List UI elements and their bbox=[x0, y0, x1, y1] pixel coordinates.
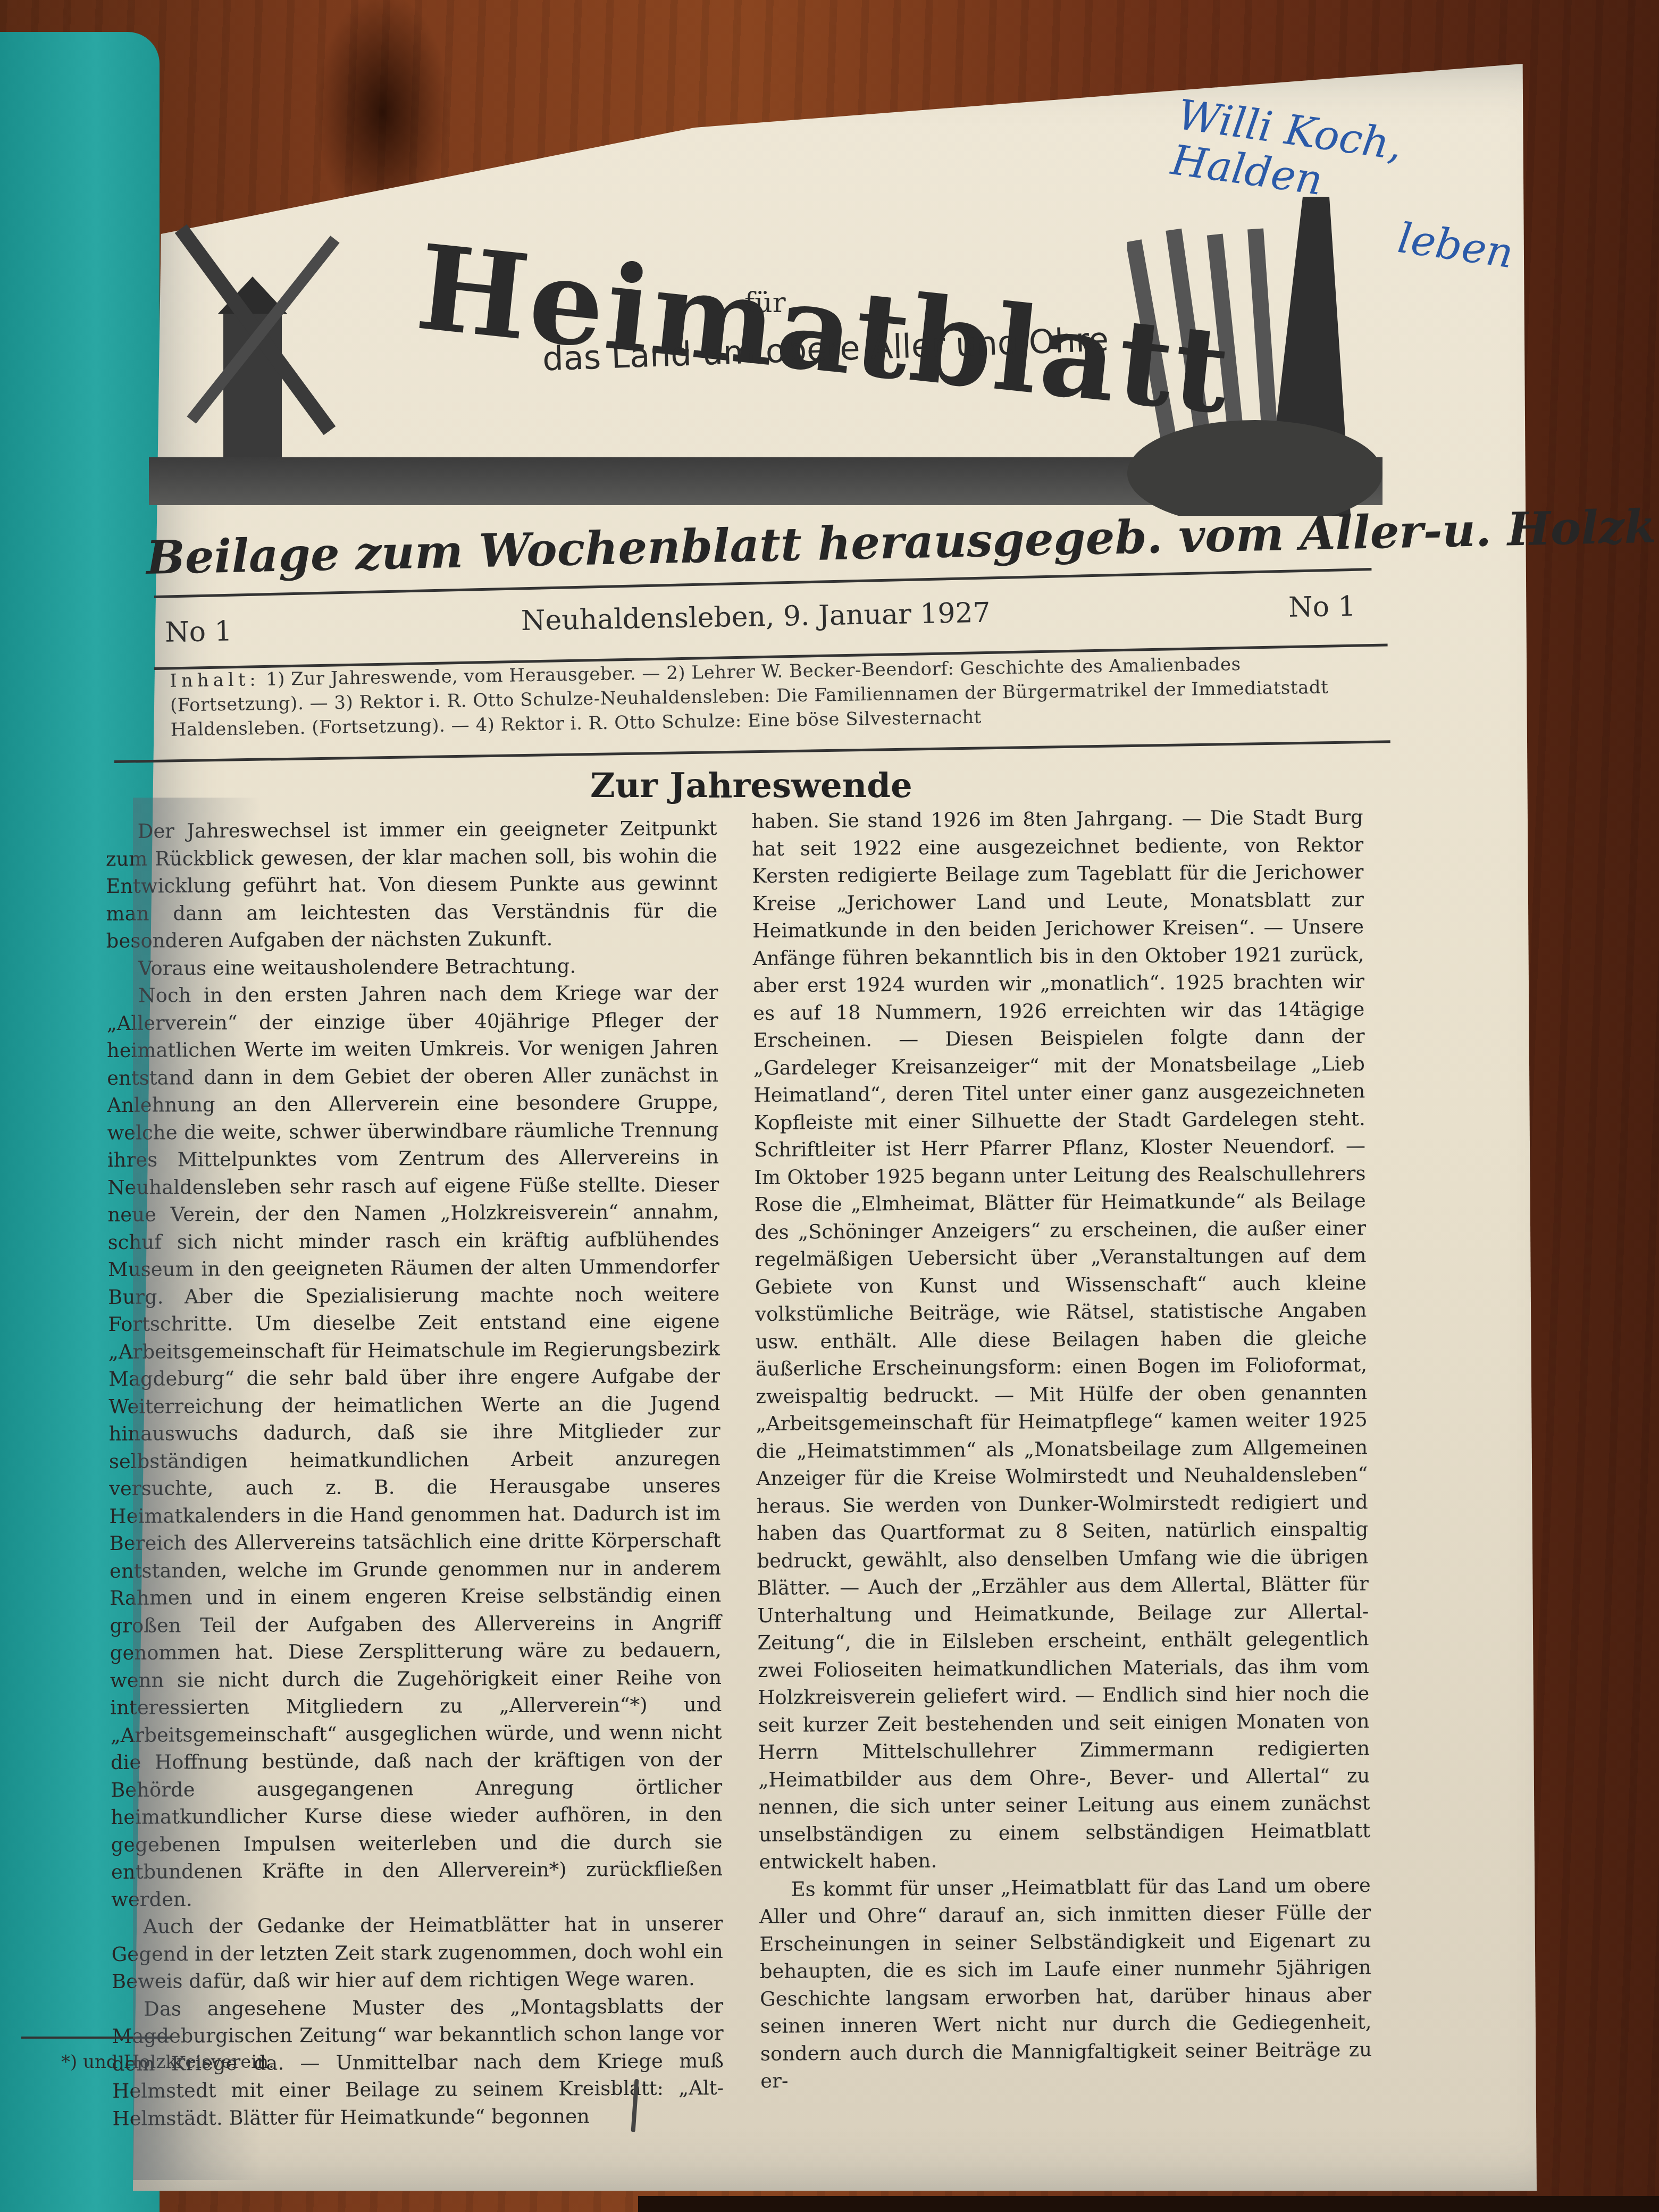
paragraph: Noch in den ersten Jahren nach dem Krieg… bbox=[106, 979, 723, 1913]
footnote-divider bbox=[21, 2037, 170, 2039]
masthead: Heimatblatt für das Land um obere Aller … bbox=[149, 175, 1382, 548]
paragraph: haben. Sie stand 1926 im 8ten Jahrgang. … bbox=[752, 803, 1371, 1875]
issue-number-right: No 1 bbox=[1288, 591, 1356, 624]
article-column-left: Der Jahreswechsel ist immer ein geeignet… bbox=[106, 815, 724, 2132]
paragraph: Es kommt für unser „Heimatblatt für das … bbox=[759, 1871, 1372, 2094]
footnote: *) und Holzkreisverein. bbox=[61, 2051, 274, 2073]
contents-label: Inhalt: bbox=[170, 669, 260, 692]
paragraph: Der Jahreswechsel ist immer ein geeignet… bbox=[106, 815, 718, 955]
paragraph: Auch der Gedanke der Heimatblätter hat i… bbox=[111, 1910, 723, 1996]
paragraph: Voraus eine weitausholendere Betrachtung… bbox=[106, 952, 718, 983]
masthead-fuer: für bbox=[744, 287, 786, 319]
issue-number-left: No 1 bbox=[165, 616, 232, 649]
article-title: Zur Jahreswende bbox=[590, 766, 912, 806]
article-column-right: haben. Sie stand 1926 im 8ten Jahrgang. … bbox=[752, 803, 1372, 2094]
table-edge bbox=[638, 2196, 1659, 2212]
